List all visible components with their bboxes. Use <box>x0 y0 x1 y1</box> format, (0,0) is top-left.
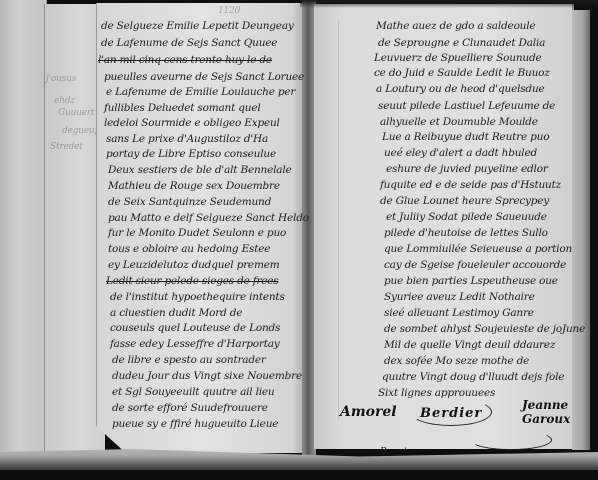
left-line-26: pueue sy e ffiré hugueuito Lieue <box>112 418 278 430</box>
right-line-2: de Seprougne e Clunaudet Dalia <box>378 37 545 49</box>
right-line-8: Lue a Reibuyue dudt Reutre puo <box>382 131 549 143</box>
faint-margin-note: Stredet <box>50 142 83 152</box>
left-line-11: Mathieu de Rouge sex Douembre <box>108 180 280 192</box>
left-line-2: de Lafenume de Sejs Sanct Quuee <box>101 37 277 49</box>
right-line-6: seuut pilede Lastiuel Lefeuume de <box>378 100 555 112</box>
manuscript-scan: j'ousus ehdz Guuuert degueup Stredet 112… <box>0 0 598 480</box>
right-line-14: pilede d'heutoise de lettes Sullo <box>384 227 548 239</box>
signature-paraph <box>410 398 492 426</box>
left-line-6: fullibles Deluedet somant quel <box>104 102 261 114</box>
right-line-5: a Loutury ou de heod d'quelsdue <box>376 83 545 95</box>
right-line-15: que Lommiuilée Seieueuse a portion <box>384 243 572 255</box>
right-line-7: alhyuelle et Doumuble Moulde <box>380 116 538 128</box>
signature-rauet: Rauet <box>380 447 407 457</box>
signature-flourish <box>470 430 552 450</box>
right-line-22: dex sofée Mo seze mothe de <box>384 355 529 367</box>
left-line-12: de Seix Santquinze Seudemund <box>108 196 271 208</box>
right-line-4: ce do Juid e Saulde Ledit le Buuoz <box>374 67 550 79</box>
right-line-1: Mathe auez de gdo a saldeoule <box>376 20 535 32</box>
folio-number: 1120 <box>218 6 240 16</box>
left-line-23: dudeu Jour dus Vingt sixe Nouembre <box>112 370 302 382</box>
right-line-10: eshure de juvied puyeline edlor <box>386 163 548 175</box>
left-line-20: couseuls quel Louteuse de Londs <box>110 322 280 334</box>
left-line-16: ey Leuzidelutoz dudquel premem <box>108 259 279 271</box>
left-line-1: de Selgueze Emilie Lepetit Deungeay <box>101 20 294 32</box>
folded-left-strip <box>0 0 47 468</box>
signature-amorel: Amorel <box>340 404 397 420</box>
right-line-3: Leuvuerz de Spuelliere Sounude <box>374 52 542 64</box>
left-line-5: e Lafenume de Emilie Loulauche per <box>106 86 295 98</box>
faint-margin-note: j'ousus <box>46 74 76 84</box>
left-line-19: a cluestien dudit Mord de <box>110 307 242 319</box>
margin-rule <box>338 20 339 420</box>
right-line-16: cay de Sgeise foueleuler accouorde <box>384 259 566 271</box>
left-line-21: fasse edey Lesseffre d'Harportay <box>110 338 280 350</box>
right-line-13: et Juliiy Sodat pilede Saueuude <box>386 211 547 223</box>
left-line-7: ledeloi Sourmide e obligeo Expeul <box>104 117 280 129</box>
faint-margin-note: degueup <box>62 126 100 136</box>
faint-margin-note: ehdz <box>54 96 75 106</box>
right-line-18: Syuriee aveuz Ledit Nothaire <box>384 291 535 303</box>
right-line-19: sieé alleuant Lestimoy Ganre <box>384 307 534 319</box>
left-line-10: Deux sestiers de ble d'alt Bennelale <box>108 164 292 176</box>
faint-margin-note: Guuuert <box>58 108 94 118</box>
left-line-22: de libre e spesto au sontrader <box>112 354 266 366</box>
right-line-closing: Sixt lignes approuuees <box>378 387 495 399</box>
left-line-4: pueulles aveurne de Sejs Sanct Loruee <box>104 71 304 83</box>
right-line-17: pue bien parties Lspeutheuse oue <box>384 275 558 287</box>
signature-jeanne-garoux: Jeanne Garoux <box>522 398 572 426</box>
left-line-24: et Sgl Souyeeuilt quutre ail lieu <box>112 386 275 398</box>
right-line-9: ueé eley d'alert a dadt hbuled <box>384 147 537 159</box>
left-line-9: portay de Libre Eptiso conseulue <box>106 148 276 160</box>
left-line-13: pau Matto e delf Selgueze Sanct Heldo <box>108 212 309 224</box>
left-line-3: l'an mil cinq cens trente huy le de <box>98 54 272 66</box>
right-line-21: Mil de quelle Vingt deuil ddaurez <box>384 339 555 351</box>
left-line-8: sans Le prixe d'Augustiloz d'Ha <box>106 133 268 145</box>
right-line-23: quutre Vingt doug d'lluudt dejs fole <box>382 371 564 383</box>
page-edge-stack <box>572 10 590 450</box>
left-line-17: Ledit sieur pelede sieges de frees <box>106 275 279 287</box>
left-line-18: de l'institut hypoethequire intents <box>110 291 285 303</box>
left-line-15: tous e obloire au hedoing Estee <box>108 243 270 255</box>
left-line-14: fur le Monito Dudet Seulonn e puo <box>108 227 286 239</box>
right-line-20: de sombet ahlyst Soujeuieste de joJune <box>384 323 585 335</box>
right-line-11: fuquite ed e de seide pas d'Hstuutz <box>380 179 561 191</box>
top-shadow <box>300 0 598 8</box>
right-line-12: de Glue Lounet heure Sprecypey <box>380 195 549 207</box>
left-line-25: de sorte efforé Suudefrouuere <box>112 402 268 414</box>
